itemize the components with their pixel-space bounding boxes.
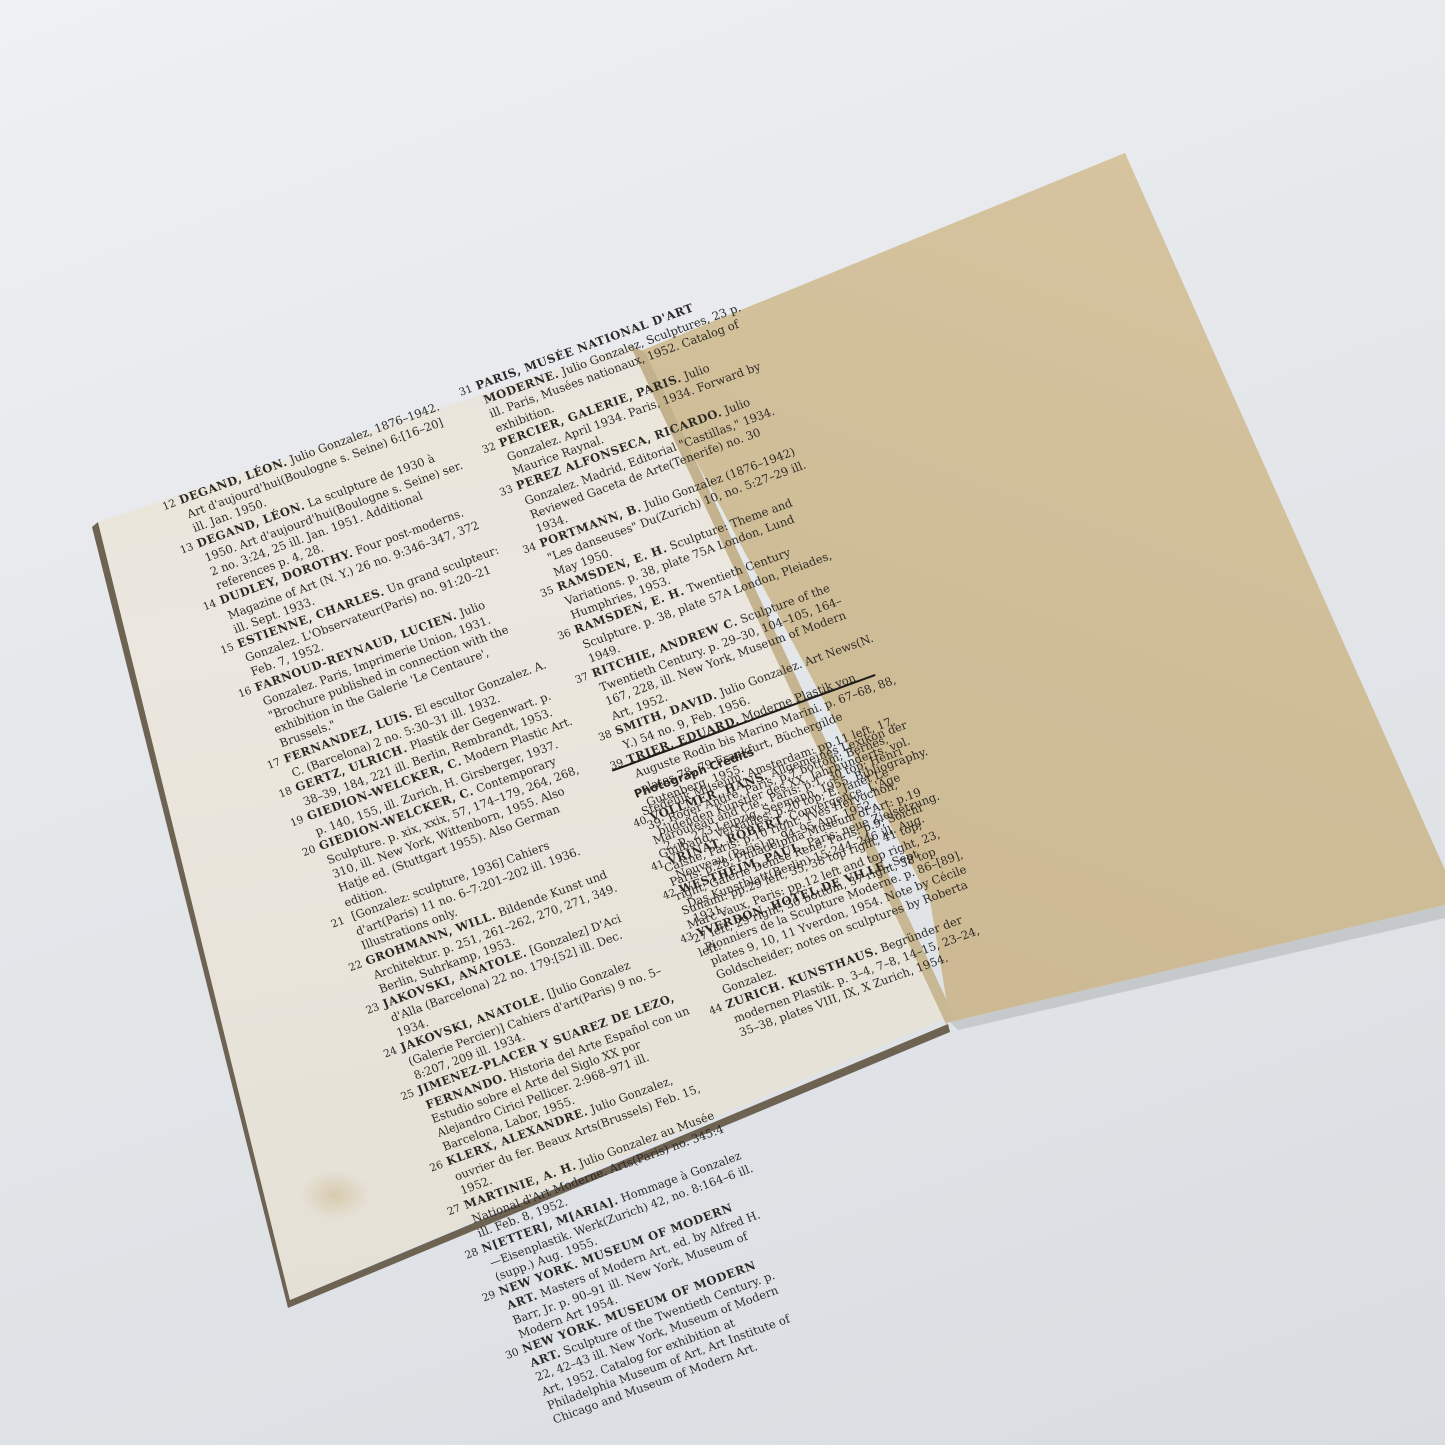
photo-scene: 12DEGAND, LÉON. Julio Gonzalez, 1876–194… [0, 0, 1445, 1445]
paper-stain [300, 1170, 370, 1220]
